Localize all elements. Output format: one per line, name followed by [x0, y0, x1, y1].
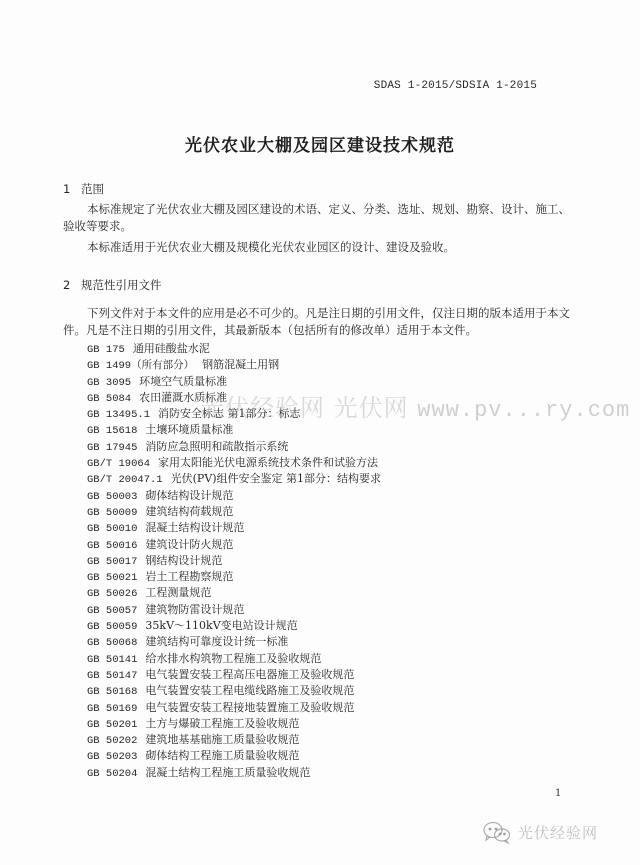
reference-title: 岩土工程勘察规范	[145, 570, 233, 583]
corner-watermark: 光伏经验网	[482, 820, 598, 844]
reference-title: 砌体结构工程施工质量验收规范	[145, 749, 299, 762]
reference-code: GB 50021	[87, 570, 137, 586]
reference-item: GB 3095环境空气质量标准	[87, 374, 381, 390]
section-title: 规范性引用文件	[81, 278, 162, 292]
reference-item: GB 50204混凝土结构工程施工质量验收规范	[87, 765, 381, 781]
reference-code: GB 50202	[87, 733, 137, 749]
reference-item: GB 50203砌体结构工程施工质量验收规范	[87, 748, 381, 764]
reference-item: GB 15618土壤环境质量标准	[87, 422, 381, 438]
reference-title: 建筑地基基础施工质量验收规范	[145, 733, 299, 746]
reference-title: 建筑结构荷载规范	[145, 505, 233, 518]
reference-code: GB 50141	[87, 652, 137, 668]
reference-item: GB 50141给水排水构筑物工程施工及验收规范	[87, 651, 381, 667]
reference-code: GB 50068	[87, 635, 137, 651]
reference-title: 农田灌溉水质标准	[139, 391, 227, 404]
reference-title: 给水排水构筑物工程施工及验收规范	[145, 652, 321, 665]
reference-code: GB 50017	[87, 554, 137, 570]
reference-item: GB/T 19064家用太阳能光伏电源系统技术条件和试验方法	[87, 455, 381, 471]
reference-code: GB 50147	[87, 668, 137, 684]
reference-item: GB 17945消防应急照明和疏散指示系统	[87, 439, 381, 455]
reference-title: 消防应急照明和疏散指示系统	[145, 440, 288, 453]
reference-code: GB 50010	[87, 521, 137, 537]
reference-item: GB 50010混凝土结构设计规范	[87, 520, 381, 536]
reference-title: 土壤环境质量标准	[145, 423, 233, 436]
reference-code: GB 50168	[87, 684, 137, 700]
reference-title: 电气装置安装工程高压电器施工及验收规范	[145, 668, 354, 681]
reference-title: 建筑设计防火规范	[145, 538, 233, 551]
reference-item: GB/T 20047.1光伏(PV)组件安全鉴定 第1部分：结构要求	[87, 471, 381, 487]
reference-item: GB 50026工程测量规范	[87, 585, 381, 601]
page-number: 1	[555, 788, 561, 799]
reference-code: GB 50009	[87, 505, 137, 521]
reference-code: GB 175	[87, 342, 125, 358]
reference-code: GB/T 19064	[87, 456, 150, 472]
scope-paragraph-2: 本标准适用于光伏农业大棚及规模化光伏农业园区的设计、建设及验收。	[63, 239, 578, 256]
reference-item: GB 50201土方与爆破工程施工及验收规范	[87, 716, 381, 732]
section-heading-normative-references: 2规范性引用文件	[63, 277, 162, 293]
reference-item: GB 50147电气装置安装工程高压电器施工及验收规范	[87, 667, 381, 683]
reference-code: GB 13495.1	[87, 407, 150, 423]
reference-code: GB 5084	[87, 391, 131, 407]
document-title: 光伏农业大棚及园区建设技术规范	[0, 131, 640, 156]
reference-item: GB 50021岩土工程勘察规范	[87, 569, 381, 585]
reference-title: 钢结构设计规范	[145, 554, 222, 567]
reference-item: GB 50009建筑结构荷载规范	[87, 504, 381, 520]
reference-title: 混凝土结构工程施工质量验收规范	[145, 766, 310, 779]
reference-item: GB 50168电气装置安装工程电缆线路施工及验收规范	[87, 683, 381, 699]
reference-code: GB 1499（所有部分）	[87, 358, 194, 374]
reference-item: GB 175通用硅酸盐水泥	[87, 341, 381, 357]
reference-code: GB 50003	[87, 489, 137, 505]
document-page: SDAS 1-2015/SDSIA 1-2015 光伏农业大棚及园区建设技术规范…	[0, 0, 640, 865]
reference-title: 工程测量规范	[145, 586, 211, 599]
references-intro-paragraph: 下列文件对于本文件的应用是必不可少的。凡是注日期的引用文件，仅注日期的版本适用于…	[63, 305, 578, 339]
reference-title: 电气装置安装工程接地装置施工及验收规范	[145, 701, 354, 714]
reference-code: GB 50057	[87, 603, 137, 619]
reference-item: GB 50003砌体结构设计规范	[87, 488, 381, 504]
reference-title: 通用硅酸盐水泥	[133, 342, 210, 355]
reference-title: 钢筋混凝土用钢	[202, 358, 279, 371]
reference-title: 35kV～110kV变电站设计规范	[145, 619, 297, 632]
reference-item: GB 5084农田灌溉水质标准	[87, 390, 381, 406]
wechat-icon	[482, 820, 512, 844]
reference-title: 环境空气质量标准	[139, 375, 227, 388]
reference-item: GB 50068建筑结构可靠度设计统一标准	[87, 634, 381, 650]
section-number: 1	[63, 182, 81, 196]
reference-item: GB 5005935kV～110kV变电站设计规范	[87, 618, 381, 634]
reference-code: GB 50204	[87, 766, 137, 782]
section-heading-scope: 1范围	[63, 181, 104, 197]
scope-paragraph-1: 本标准规定了光伏农业大棚及园区建设的术语、定义、分类、选址、规划、勘察、设计、施…	[63, 201, 578, 235]
reference-title: 光伏(PV)组件安全鉴定 第1部分：结构要求	[171, 472, 381, 485]
reference-title: 土方与爆破工程施工及验收规范	[145, 717, 299, 730]
reference-title: 建筑物防雷设计规范	[145, 603, 244, 616]
reference-code: GB 15618	[87, 423, 137, 439]
reference-code: GB 50201	[87, 717, 137, 733]
reference-item: GB 50017钢结构设计规范	[87, 553, 381, 569]
reference-code: GB 17945	[87, 440, 137, 456]
reference-code: GB 50059	[87, 619, 137, 635]
reference-title: 家用太阳能光伏电源系统技术条件和试验方法	[158, 456, 378, 469]
reference-code: GB/T 20047.1	[87, 472, 163, 488]
reference-code: GB 50026	[87, 586, 137, 602]
section-title: 范围	[81, 182, 104, 196]
reference-list: GB 175通用硅酸盐水泥 GB 1499（所有部分）钢筋混凝土用钢 GB 30…	[87, 341, 381, 781]
watermark-url: www.pv...ry.com	[417, 398, 630, 423]
section-number: 2	[63, 278, 81, 292]
reference-title: 混凝土结构设计规范	[145, 521, 244, 534]
reference-item: GB 13495.1消防安全标志 第1部分：标志	[87, 406, 381, 422]
reference-code: GB 50169	[87, 701, 137, 717]
reference-item: GB 50016建筑设计防火规范	[87, 537, 381, 553]
standard-code-header: SDAS 1-2015/SDSIA 1-2015	[374, 80, 537, 92]
reference-title: 砌体结构设计规范	[145, 489, 233, 502]
reference-item: GB 50202建筑地基基础施工质量验收规范	[87, 732, 381, 748]
reference-title: 电气装置安装工程电缆线路施工及验收规范	[145, 684, 354, 697]
corner-watermark-text: 光伏经验网	[518, 822, 598, 843]
reference-code: GB 50203	[87, 749, 137, 765]
reference-item: GB 50057建筑物防雷设计规范	[87, 602, 381, 618]
reference-title: 建筑结构可靠度设计统一标准	[145, 635, 288, 648]
reference-code: GB 50016	[87, 538, 137, 554]
reference-code: GB 3095	[87, 375, 131, 391]
reference-item: GB 50169电气装置安装工程接地装置施工及验收规范	[87, 700, 381, 716]
reference-item: GB 1499（所有部分）钢筋混凝土用钢	[87, 357, 381, 373]
reference-title: 消防安全标志 第1部分：标志	[158, 407, 301, 420]
